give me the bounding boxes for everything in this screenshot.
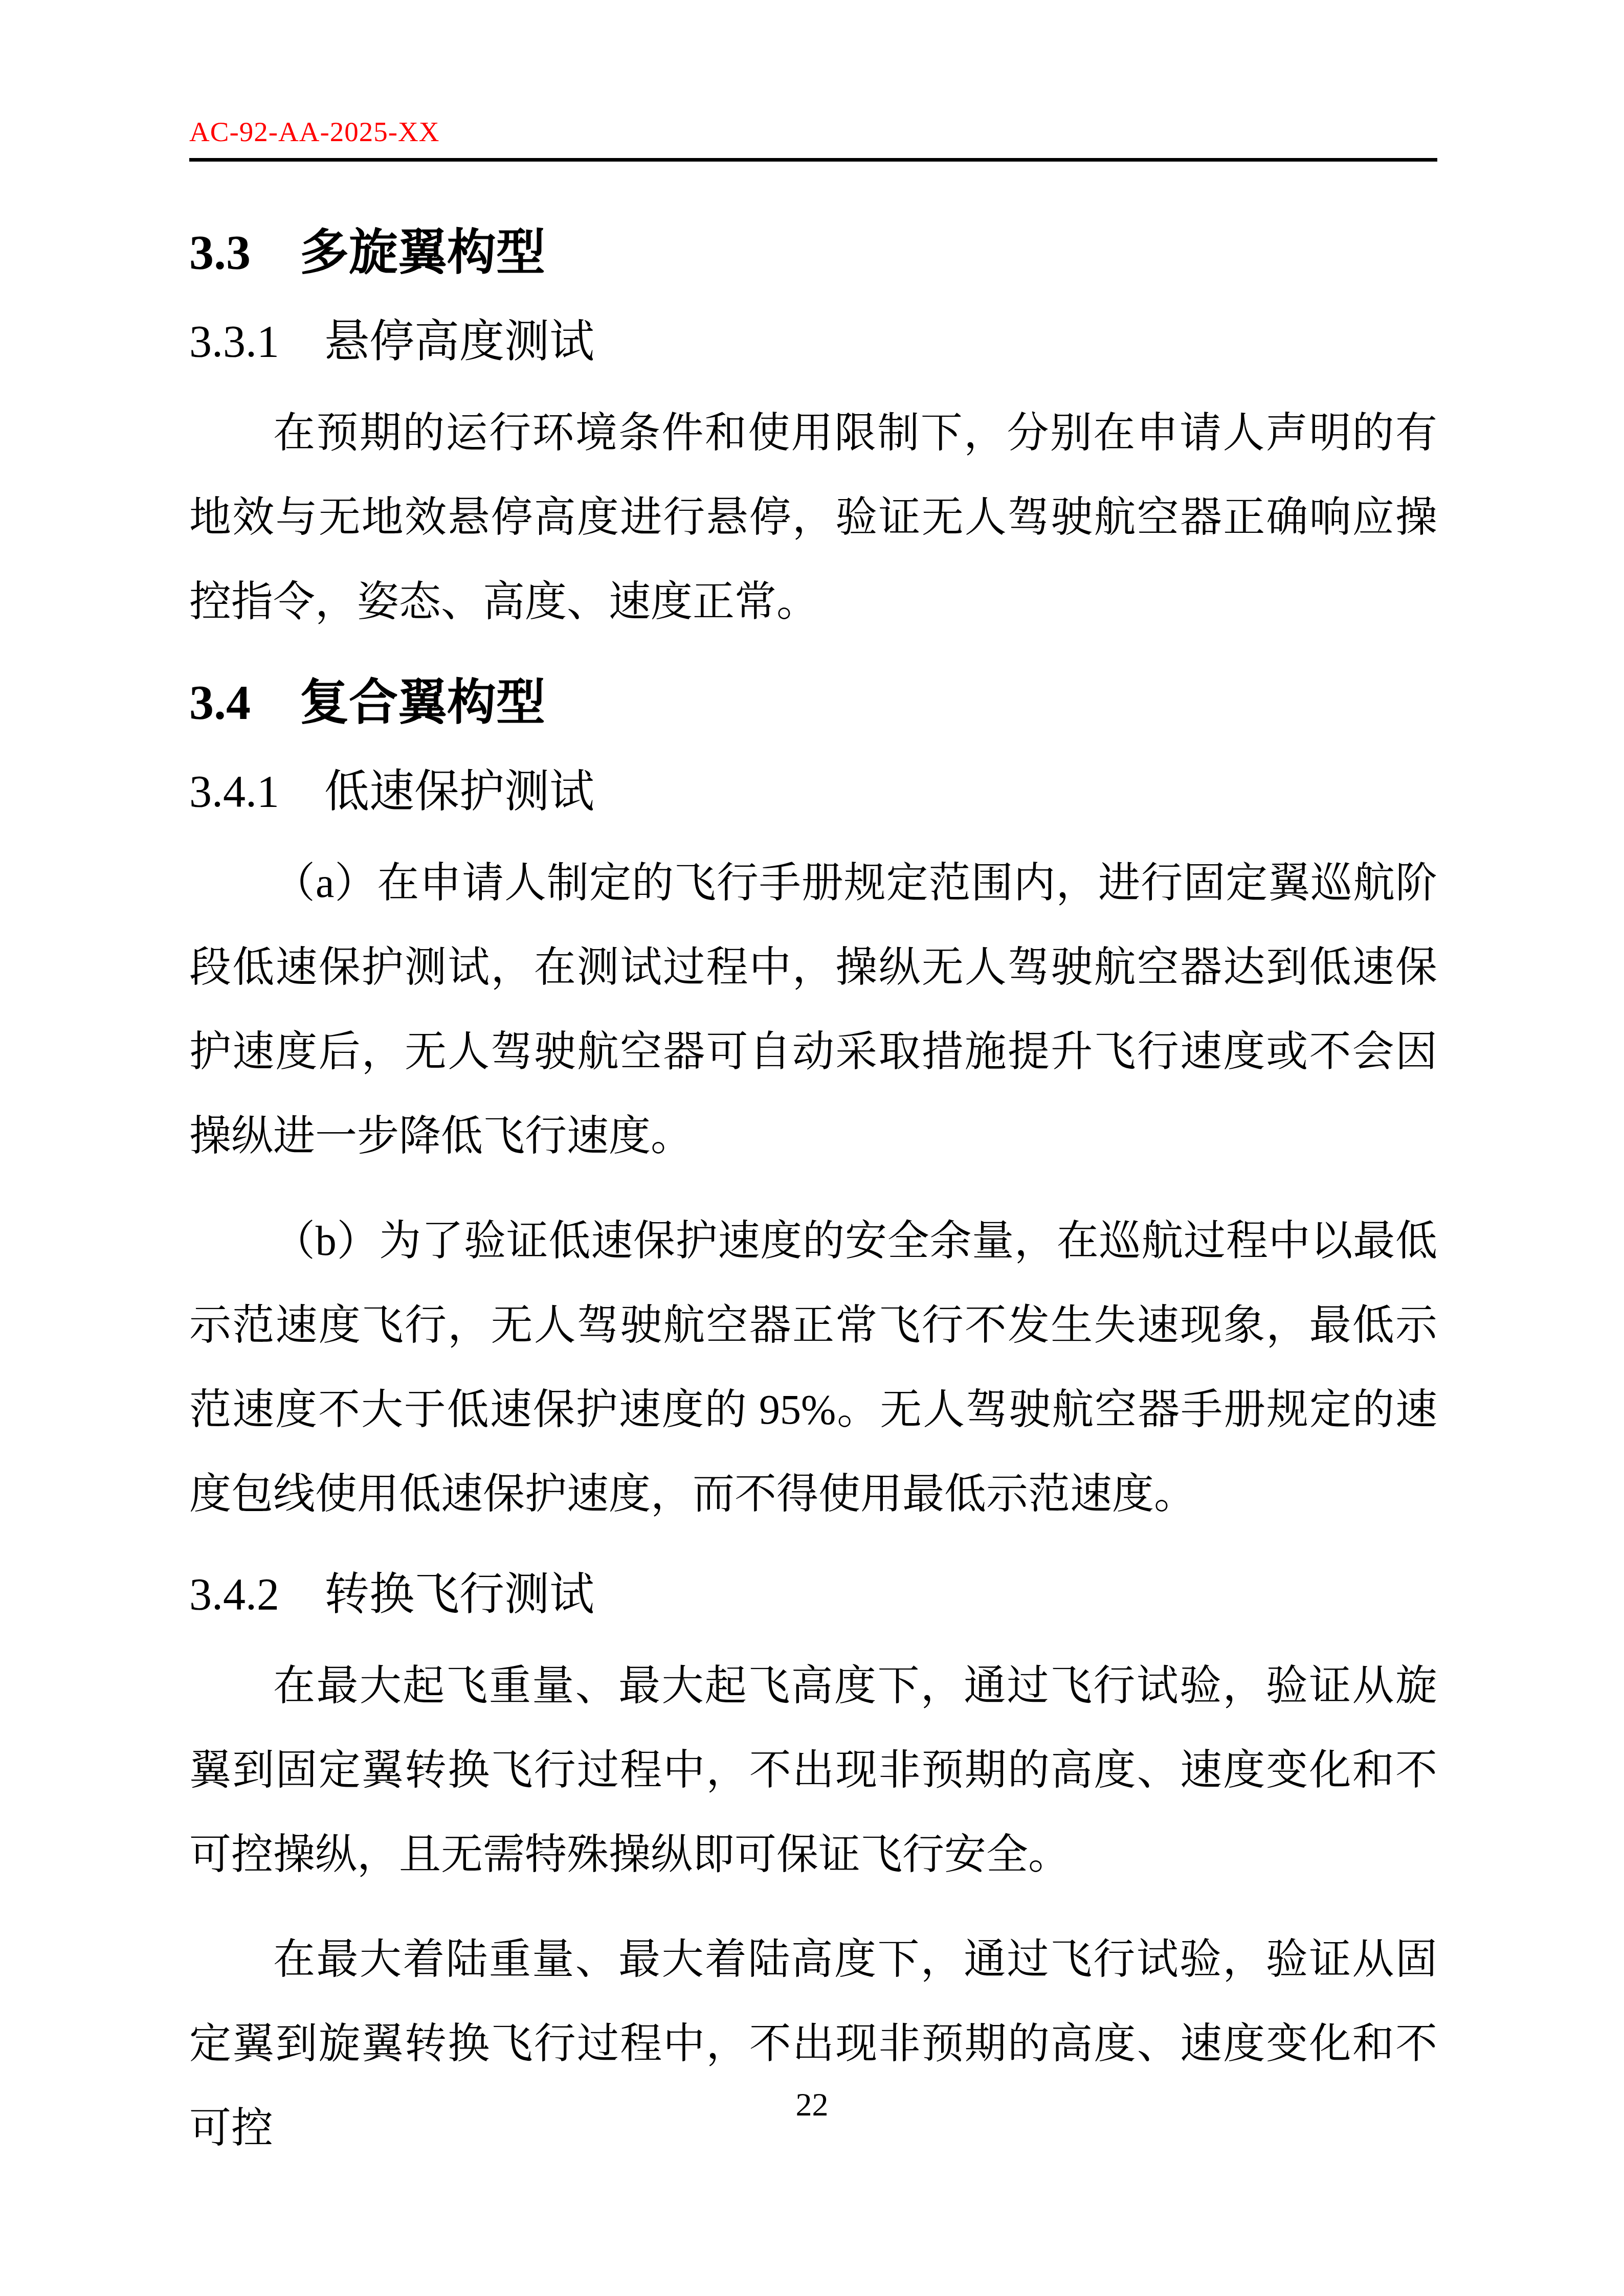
sub-heading-3-4-1: 3.4.1 低速保护测试: [189, 764, 1437, 820]
section-heading-3-3: 3.3 多旋翼构型: [189, 222, 1437, 283]
sub-heading-3-3-1: 3.3.1 悬停高度测试: [189, 314, 1437, 370]
doc-number: AC-92-AA-2025-XX: [189, 117, 1437, 148]
page-number: 22: [0, 2085, 1624, 2125]
header-rule: [189, 158, 1437, 162]
paragraph-hover-test: 在预期的运行环境条件和使用限制下，分别在申请人声明的有地效与无地效悬停高度进行悬…: [189, 391, 1437, 644]
sub-heading-3-4-2: 3.4.2 转换飞行测试: [189, 1567, 1437, 1623]
paragraph-transition-landing: 在最大着陆重量、最大着陆高度下，通过飞行试验，验证从固定翼到旋翼转换飞行过程中，…: [189, 1917, 1437, 2170]
paragraph-low-speed-a: （a）在申请人制定的飞行手册规定范围内，进行固定翼巡航阶段低速保护测试，在测试过…: [189, 841, 1437, 1178]
paragraph-low-speed-b: （b）为了验证低速保护速度的安全余量，在巡航过程中以最低示范速度飞行，无人驾驶航…: [189, 1199, 1437, 1536]
document-page: AC-92-AA-2025-XX 3.3 多旋翼构型 3.3.1 悬停高度测试 …: [0, 0, 1624, 2296]
paragraph-transition-takeoff: 在最大起飞重量、最大起飞高度下，通过飞行试验，验证从旋翼到固定翼转换飞行过程中，…: [189, 1644, 1437, 1897]
section-heading-3-4: 3.4 复合翼构型: [189, 672, 1437, 733]
